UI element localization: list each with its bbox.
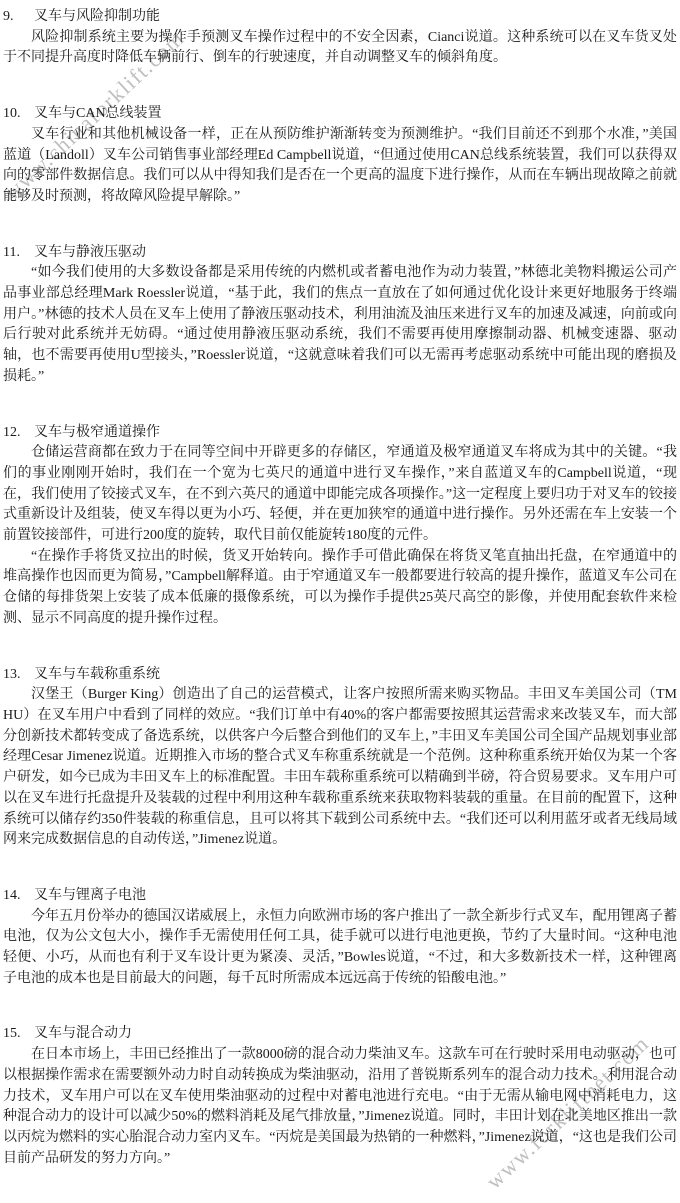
section-heading: 14.叉车与锂离子电池 <box>3 886 677 907</box>
section-title: 叉车与极窄通道操作 <box>34 425 160 440</box>
section-title: 叉车与CAN总线装置 <box>34 106 162 121</box>
section-13: 13.叉车与车载称重系统 汉堡王（Burger King）创造出了自己的运营模式… <box>3 665 677 851</box>
section-paragraph: 风险抑制系统主要为操作手预测叉车操作过程中的不安全因素，Cianci说道。这种系… <box>3 28 677 69</box>
section-title: 叉车与车载称重系统 <box>34 667 160 682</box>
section-paragraph: “如今我们使用的大多数设备都是采用传统的内燃机或者蓄电池作为动力装置，”林德北美… <box>3 263 677 387</box>
section-heading: 13.叉车与车载称重系统 <box>3 665 677 686</box>
section-number: 10. <box>3 104 21 125</box>
section-number: 11. <box>3 243 21 264</box>
section-9: 9.叉车与风险抑制功能 风险抑制系统主要为操作手预测叉车操作过程中的不安全因素，… <box>3 7 677 69</box>
section-heading: 15.叉车与混合动力 <box>3 1024 677 1045</box>
section-title: 叉车与混合动力 <box>34 1026 132 1041</box>
section-title: 叉车与锂离子电池 <box>34 888 146 903</box>
section-11: 11.叉车与静液压驱动 “如今我们使用的大多数设备都是采用传统的内燃机或者蓄电池… <box>3 243 677 388</box>
section-paragraph: 叉车行业和其他机械设备一样，正在从预防维护渐渐转变为预测维护。“我们目前还不到那… <box>3 125 677 208</box>
document-body: 9.叉车与风险抑制功能 风险抑制系统主要为操作手预测叉车操作过程中的不安全因素，… <box>0 0 680 1169</box>
section-heading: 10.叉车与CAN总线装置 <box>3 104 677 125</box>
section-number: 14. <box>3 886 21 907</box>
section-heading: 11.叉车与静液压驱动 <box>3 243 677 264</box>
section-14: 14.叉车与锂离子电池 今年五月份举办的德国汉诺威展上，永恒力向欧洲市场的客户推… <box>3 886 677 990</box>
section-title: 叉车与风险抑制功能 <box>34 9 160 24</box>
section-number: 15. <box>3 1024 21 1045</box>
section-paragraph: 汉堡王（Burger King）创造出了自己的运营模式，让客户按照所需来购买物品… <box>3 685 677 851</box>
section-number: 13. <box>3 665 21 686</box>
section-heading: 9.叉车与风险抑制功能 <box>3 7 677 28</box>
section-10: 10.叉车与CAN总线装置 叉车行业和其他机械设备一样，正在从预防维护渐渐转变为… <box>3 104 677 208</box>
section-paragraph: 今年五月份举办的德国汉诺威展上，永恒力向欧洲市场的客户推出了一款全新步行式叉车，… <box>3 907 677 990</box>
document-page: www.chinaforklift.com www.forkliftnet.co… <box>0 0 680 1203</box>
section-paragraph: 仓储运营商都在致力于在同等空间中开辟更多的存储区，窄通道及极窄通道叉车将成为其中… <box>3 443 677 547</box>
section-12: 12.叉车与极窄通道操作 仓储运营商都在致力于在同等空间中开辟更多的存储区，窄通… <box>3 423 677 630</box>
section-paragraph: “在操作手将货叉拉出的时候，货叉开始转向。操作手可借此确保在将货叉笔直抽出托盘，… <box>3 547 677 630</box>
section-title: 叉车与静液压驱动 <box>34 245 146 260</box>
section-heading: 12.叉车与极窄通道操作 <box>3 423 677 444</box>
section-15: 15.叉车与混合动力 在日本市场上，丰田已经推出了一款8000磅的混合动力柴油叉… <box>3 1024 677 1169</box>
section-number: 9. <box>3 7 21 28</box>
section-number: 12. <box>3 423 21 444</box>
section-paragraph: 在日本市场上，丰田已经推出了一款8000磅的混合动力柴油叉车。这款车可在行驶时采… <box>3 1045 677 1169</box>
